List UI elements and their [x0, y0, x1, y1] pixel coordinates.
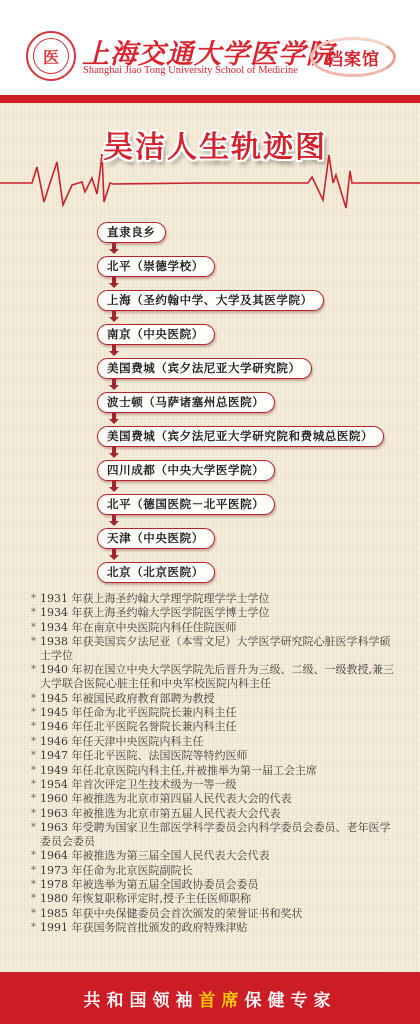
- achievement-text: 1946 年任天津中央医院内科主任: [40, 735, 204, 748]
- achievement-item: *1978 年被选举为第五届全国政协委员会委员: [34, 878, 394, 892]
- bullet-star-icon: *: [31, 892, 36, 906]
- timeline-stop: 北京（北京医院）: [97, 561, 384, 595]
- university-name-en: Shanghai Jiao Tong University School of …: [83, 65, 298, 76]
- achievement-item: *1985 年获中央保健委员会首次颁发的荣誉证书和奖状: [34, 907, 394, 921]
- footer-slogan: 共和国领袖首席保健专家: [84, 986, 337, 1011]
- achievement-text: 1934 年在南京中央医院内科任住院医师: [40, 621, 237, 634]
- timeline-stop-label: 南京（中央医院）: [97, 324, 215, 345]
- timeline-stop: 天津（中央医院）: [97, 527, 384, 561]
- achievement-item: *1938 年获美国宾夕法尼亚（本雪文尼）大学医学研究院心脏医学科学硕士学位: [34, 635, 394, 663]
- achievement-text: 1985 年获中央保健委员会首次颁发的荣誉证书和奖状: [40, 907, 303, 920]
- achievement-text: 1949 年任北京医院内科主任,并被推举为第一届工会主席: [40, 764, 317, 777]
- timeline-stop: 美国费城（宾夕法尼亚大学研究院）: [97, 357, 384, 391]
- footer-text-part1: 共和国领袖: [84, 991, 199, 1011]
- achievements-list: *1931 年获上海圣约翰大学理学院理学学士学位 *1934 年获上海圣约翰大学…: [34, 592, 394, 936]
- arrow-down-icon: [108, 277, 120, 289]
- achievement-text: 1947 年任北平医院、法国医院等特约医师: [40, 749, 248, 762]
- timeline-stop: 上海（圣约翰中学、大学及其医学院）: [97, 289, 384, 323]
- timeline-stop-label: 北京（北京医院）: [97, 562, 215, 583]
- achievement-item: *1964 年被推选为第三届全国人民代表大会代表: [34, 849, 394, 863]
- bullet-star-icon: *: [31, 878, 36, 892]
- timeline-stop-label: 北平（德国医院－北平医院）: [97, 494, 275, 515]
- timeline-stop: 四川成都（中央大学医学院）: [97, 459, 384, 493]
- bullet-star-icon: *: [31, 621, 36, 635]
- achievement-item: *1980 年恢复职称评定时,授予主任医师职称: [34, 892, 394, 906]
- archive-label: 档案馆: [326, 45, 380, 70]
- timeline-stop-label: 美国费城（宾夕法尼亚大学研究院和费城总医院）: [97, 426, 384, 447]
- life-trajectory-timeline: 直隶良乡 北平（崇德学校） 上海（圣约翰中学、大学及其医学院） 南京（中央医院）…: [97, 221, 384, 595]
- footer-banner: 共和国领袖首席保健专家: [0, 972, 420, 1024]
- bullet-star-icon: *: [31, 735, 36, 749]
- achievement-text: 1978 年被选举为第五届全国政协委员会委员: [40, 878, 259, 891]
- bullet-star-icon: *: [31, 635, 36, 649]
- achievement-text: 1991 年获国务院首批颁发的政府特殊津贴: [40, 921, 248, 934]
- bullet-star-icon: *: [31, 778, 36, 792]
- arrow-down-icon: [108, 481, 120, 493]
- bullet-star-icon: *: [31, 606, 36, 620]
- timeline-stop-label: 天津（中央医院）: [97, 528, 215, 549]
- arrow-down-icon: [108, 515, 120, 527]
- achievement-text: 1963 年受聘为国家卫生部医学科学委员会内科学委员会委员、老年医学委员会委员: [40, 821, 391, 848]
- achievement-item: *1945 年任命为北平医院院长兼内科主任: [34, 706, 394, 720]
- arrow-down-icon: [108, 311, 120, 323]
- arrow-down-icon: [108, 413, 120, 425]
- achievement-item: *1991 年获国务院首批颁发的政府特殊津贴: [34, 921, 394, 935]
- timeline-stop: 北平（德国医院－北平医院）: [97, 493, 384, 527]
- bullet-star-icon: *: [31, 792, 36, 806]
- achievement-item: *1973 年任命为北京医院副院长: [34, 864, 394, 878]
- achievement-item: *1934 年在南京中央医院内科任住院医师: [34, 621, 394, 635]
- header: 医 上海交通大学医学院 Shanghai Jiao Tong Universit…: [0, 0, 420, 95]
- bullet-star-icon: *: [31, 907, 36, 921]
- timeline-stop-label: 四川成都（中央大学医学院）: [97, 460, 275, 481]
- achievement-item: *1949 年任北京医院内科主任,并被推举为第一届工会主席: [34, 764, 394, 778]
- seal-inner-icon: 医: [33, 38, 69, 74]
- achievement-item: *1946 年任天津中央医院内科主任: [34, 735, 394, 749]
- timeline-stop: 直隶良乡: [97, 221, 384, 255]
- arrow-down-icon: [108, 447, 120, 459]
- achievement-text: 1946 年任北平医院名誉院长兼内科主任: [40, 720, 237, 733]
- footer-text-part2: 保健专家: [245, 991, 337, 1011]
- achievement-item: *1947 年任北平医院、法国医院等特约医师: [34, 749, 394, 763]
- achievement-item: *1940 年初在国立中央大学医学院先后晋升为三级、二级、一级教授,兼三大学联合…: [34, 663, 394, 691]
- achievement-item: *1960 年被推选为北京市第四届人民代表大会的代表: [34, 792, 394, 806]
- achievement-text: 1963 年被推选为北京市第五届人民代表大会代表: [40, 807, 281, 820]
- bullet-star-icon: *: [31, 821, 36, 835]
- achievement-text: 1945 年任命为北平医院院长兼内科主任: [40, 706, 237, 719]
- achievement-text: 1940 年初在国立中央大学医学院先后晋升为三级、二级、一级教授,兼三大学联合医…: [40, 663, 394, 690]
- footer-highlight: 首席: [199, 991, 245, 1011]
- archive-badge: 档案馆: [310, 37, 396, 77]
- achievement-text: 1954 年首次评定卫生技术级为一等一级: [40, 778, 237, 791]
- achievement-text: 1934 年获上海圣约翰大学医学院医学博士学位: [40, 606, 270, 619]
- achievement-text: 1964 年被推选为第三届全国人民代表大会代表: [40, 849, 270, 862]
- bullet-star-icon: *: [31, 764, 36, 778]
- timeline-stop: 北平（崇德学校）: [97, 255, 384, 289]
- timeline-stop-label: 波士顿（马萨诸塞州总医院）: [97, 392, 275, 413]
- bullet-star-icon: *: [31, 592, 36, 606]
- header-red-band: [0, 95, 420, 103]
- arrow-down-icon: [108, 379, 120, 391]
- bullet-star-icon: *: [31, 749, 36, 763]
- bullet-star-icon: *: [31, 720, 36, 734]
- achievement-item: *1963 年被推选为北京市第五届人民代表大会代表: [34, 807, 394, 821]
- achievement-text: 1980 年恢复职称评定时,授予主任医师职称: [40, 892, 251, 905]
- achievement-text: 1973 年任命为北京医院副院长: [40, 864, 193, 877]
- achievement-item: *1945 年被国民政府教育部聘为教授: [34, 692, 394, 706]
- bullet-star-icon: *: [31, 849, 36, 863]
- arrow-down-icon: [108, 345, 120, 357]
- bullet-star-icon: *: [31, 921, 36, 935]
- achievement-item: *1934 年获上海圣约翰大学医学院医学博士学位: [34, 606, 394, 620]
- university-seal-logo: 医: [26, 31, 76, 81]
- timeline-stop-label: 北平（崇德学校）: [97, 256, 215, 277]
- achievement-item: *1954 年首次评定卫生技术级为一等一级: [34, 778, 394, 792]
- arrow-down-icon: [108, 243, 120, 255]
- timeline-stop: 美国费城（宾夕法尼亚大学研究院和费城总医院）: [97, 425, 384, 459]
- achievement-text: 1945 年被国民政府教育部聘为教授: [40, 692, 215, 705]
- timeline-stop: 南京（中央医院）: [97, 323, 384, 357]
- bullet-star-icon: *: [31, 807, 36, 821]
- bullet-star-icon: *: [31, 692, 36, 706]
- achievement-text: 1938 年获美国宾夕法尼亚（本雪文尼）大学医学研究院心脏医学科学硕士学位: [40, 635, 391, 662]
- achievement-item: *1931 年获上海圣约翰大学理学院理学学士学位: [34, 592, 394, 606]
- timeline-stop: 波士顿（马萨诸塞州总医院）: [97, 391, 384, 425]
- timeline-stop-label: 美国费城（宾夕法尼亚大学研究院）: [97, 358, 312, 379]
- achievement-text: 1931 年获上海圣约翰大学理学院理学学士学位: [40, 592, 270, 605]
- timeline-stop-label: 直隶良乡: [97, 222, 166, 243]
- timeline-stop-label: 上海（圣约翰中学、大学及其医学院）: [97, 290, 324, 311]
- page-title: 吴洁人生轨迹图: [95, 122, 335, 166]
- arrow-down-icon: [108, 549, 120, 561]
- bullet-star-icon: *: [31, 706, 36, 720]
- achievement-item: *1963 年受聘为国家卫生部医学科学委员会内科学委员会委员、老年医学委员会委员: [34, 821, 394, 849]
- bullet-star-icon: *: [31, 864, 36, 878]
- achievement-item: *1946 年任北平医院名誉院长兼内科主任: [34, 720, 394, 734]
- achievement-text: 1960 年被推选为北京市第四届人民代表大会的代表: [40, 792, 292, 805]
- bullet-star-icon: *: [31, 663, 36, 677]
